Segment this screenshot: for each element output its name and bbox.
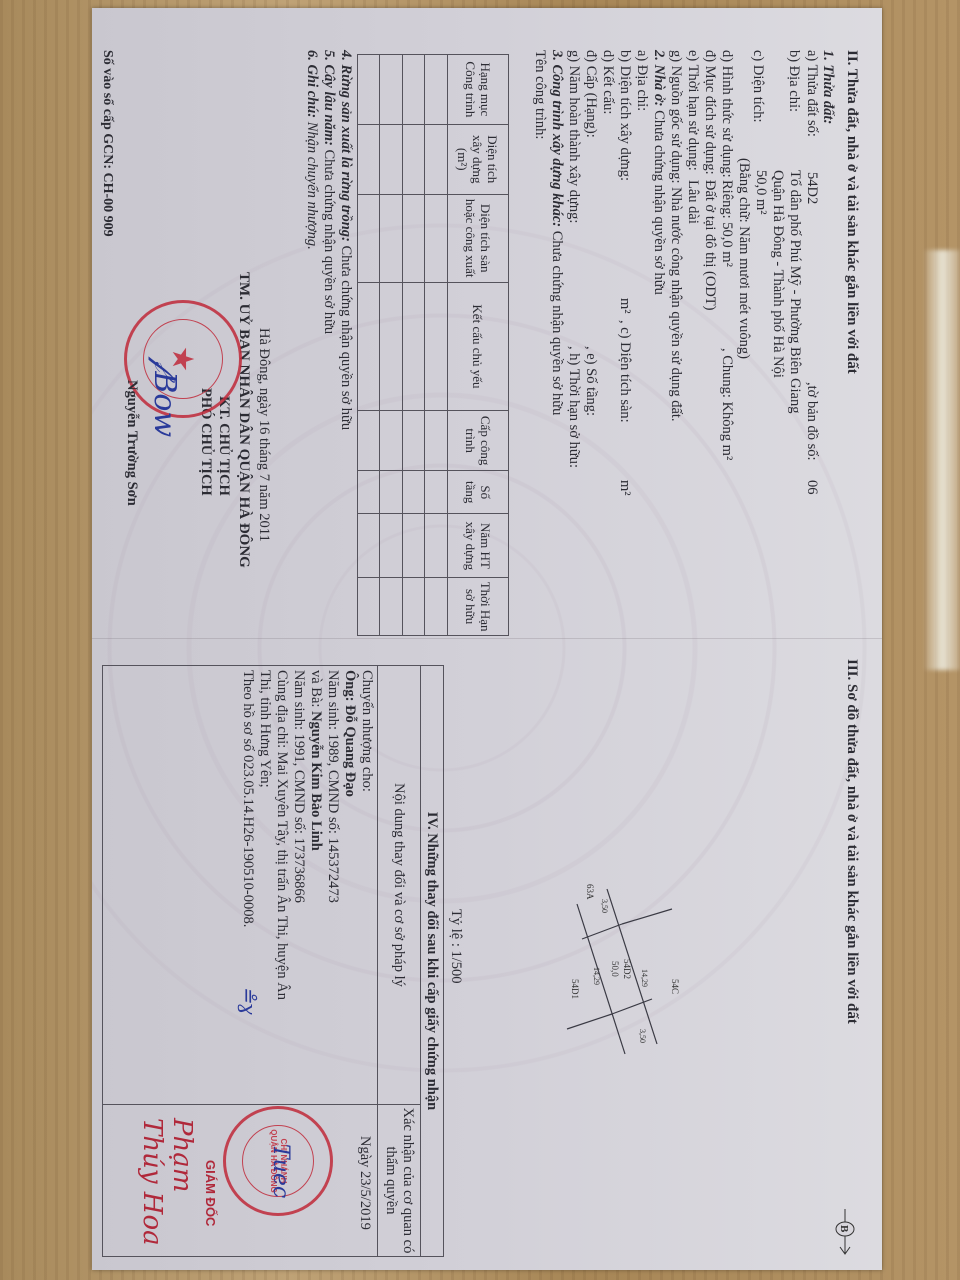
use-form-private: Riêng: 50,0 m² — [718, 180, 735, 267]
table-cell — [403, 55, 426, 125]
house-address-label: a) Địa chỉ: — [633, 50, 650, 111]
table-cell — [425, 578, 448, 636]
floor-area-unit: m² — [616, 480, 633, 496]
table-cell — [403, 411, 426, 471]
ownership-term-label: , h) Thời hạn sở hữu: — [565, 346, 582, 468]
built-area-unit: m² — [616, 298, 633, 314]
edge-length-left: 3,50 — [600, 899, 609, 913]
other-works-heading: 3. Công trình xây dựng khác: — [549, 50, 565, 227]
address-line-1: Cùng địa chỉ: Mai Xuyên Tây, thị trấn Ân… — [273, 670, 290, 1000]
area-value: 50,0 m² — [752, 170, 769, 215]
table-cell — [358, 514, 381, 578]
table-cell — [358, 55, 381, 125]
column-header: Diện tích sàn hoặc công xuất — [448, 194, 509, 282]
note-value: Nhận chuyển nhượng. — [304, 122, 320, 250]
other-works-table: Hạng mục Công trìnhDiện tích xây dựng (m… — [357, 54, 509, 636]
place-date: Hà Đông, ngày 16 tháng 7 năm 2011 — [255, 328, 272, 542]
person-1-info: Năm sinh: 1989, CMND số: 145372473 — [324, 670, 341, 903]
table-glare — [925, 250, 960, 670]
table-cell — [425, 470, 448, 514]
parcel-value: 54D2 — [803, 172, 820, 204]
note-heading: 6. Ghi chú: — [304, 50, 320, 118]
table-cell — [425, 514, 448, 578]
table-cell — [380, 470, 403, 514]
section-3-title: III. Sơ đồ thửa đất, nhà ở và tài sản kh… — [843, 659, 860, 1024]
person-1-name: Đỗ Quang Đạo — [342, 705, 358, 797]
table-cell — [380, 514, 403, 578]
table-cell — [380, 282, 403, 411]
table-cell — [358, 194, 381, 282]
table-cell — [425, 282, 448, 411]
grade-label: đ) Cấp (Hạng): — [583, 50, 599, 138]
edge-length-top: 14,29 — [640, 969, 649, 987]
parcel-row: a) Thửa đất số: 54D2 ,tờ bản đồ số: 06 — [803, 50, 820, 137]
note-row: 6. Ghi chú: Nhận chuyển nhượng. — [303, 50, 320, 250]
table-row — [425, 55, 448, 636]
dossier-number: Theo hồ sơ số 023.05.14.H26-190510-0008. — [239, 670, 256, 927]
table-cell — [403, 514, 426, 578]
table-cell — [403, 470, 426, 514]
house-status: Chưa chứng nhận quyền sở hữu — [651, 110, 667, 295]
table-cell — [425, 411, 448, 471]
table-cell — [425, 55, 448, 125]
parcel-label: a) Thửa đất số: — [804, 50, 820, 137]
table-cell — [380, 55, 403, 125]
origin-label: g) Nguồn gốc sử dụng: — [668, 50, 684, 184]
column-header: Kết cấu chủ yếu — [448, 282, 509, 411]
initial-signature: ≗ɣ — [237, 986, 261, 1015]
area-label: c) Diện tích: — [749, 50, 766, 122]
perennial-heading: 5. Cây lâu năm: — [321, 50, 337, 146]
perennial-row: 5. Cây lâu năm: Chưa chứng nhận quyền sở… — [320, 50, 337, 334]
column-header: Năm HT xây dựng — [448, 514, 509, 578]
north-arrow: B — [830, 1209, 860, 1259]
section-2: II. Thửa đất, nhà ở và tài sản khác gắn … — [92, 8, 882, 638]
table-cell — [358, 124, 381, 194]
table-cell — [358, 578, 381, 636]
transfer-intro: Chuyển nhượng cho: — [358, 670, 375, 792]
use-form-label: d) Hình thức sử dụng: — [718, 50, 735, 178]
column-header: Thời Hạn sở hữu — [448, 578, 509, 636]
signer-name: Nguyễn Trường Sơn — [123, 380, 140, 506]
section-4-changes-table: IV. Những thay đổi sau khi cấp giấy chứn… — [102, 665, 444, 1257]
person-1: Ông: Đỗ Quang Đạo — [341, 670, 358, 797]
sections-3-4: III. Sơ đồ thửa đất, nhà ở và tài sản kh… — [92, 639, 882, 1270]
plot-area-label: 50,0 — [610, 961, 620, 977]
registry-number-value: CH-00 909 — [100, 173, 115, 237]
floor-area-label: , c) Diện tích sàn: — [616, 320, 633, 423]
address-line-1: Tổ dân phố Phú Mỹ - Phường Biên Giang — [786, 170, 803, 414]
neighbor-54c: 54C — [670, 979, 680, 994]
table-cell — [425, 194, 448, 282]
north-arrow-icon: B — [830, 1209, 860, 1259]
table-cell — [403, 124, 426, 194]
other-works-status: Chưa chứng nhận quyền sở hữu — [549, 231, 565, 416]
area-words: (Bằng chữ: Năm mươi mét vuông) — [735, 158, 752, 359]
column-header: Diện tích xây dựng (m²) — [448, 124, 509, 194]
house-heading: 2. Nhà ở: — [651, 50, 667, 107]
house-built-area-row: b) Diện tích xây dựng: m² , c) Diện tích… — [616, 50, 633, 181]
forest-status: Chưa chứng nhận quyền sở hữu — [338, 245, 354, 430]
use-form-shared: , Chung: Không m² — [718, 348, 735, 460]
person-2-info: Năm sinh: 1991, CMND số: 173736866 — [290, 670, 307, 903]
plot-parcel-label: 54D2 — [622, 959, 632, 979]
purpose-value: Đất ở tại đô thị (ODT) — [701, 180, 718, 311]
table-cell — [380, 578, 403, 636]
table-cell — [358, 411, 381, 471]
term-label: e) Thời hạn sử dụng: — [684, 50, 701, 171]
origin-row: g) Nguồn gốc sử dụng: Nhà nước công nhận… — [667, 50, 684, 422]
column-confirm: Xác nhận của cơ quan có thẩm quyền — [377, 1105, 420, 1256]
table-cell — [403, 194, 426, 282]
address-label: b) Địa chỉ: — [785, 50, 802, 112]
other-works-row: 3. Công trình xây dựng khác: Chưa chứng … — [548, 50, 565, 415]
structure-label: d) Kết cấu: — [599, 50, 616, 114]
table-cell — [380, 411, 403, 471]
neighbor-54d1: 54D1 — [570, 979, 580, 999]
column-header: Hạng mục Công trình — [448, 55, 509, 125]
grade-row: đ) Cấp (Hạng): , e) Số tầng: — [582, 50, 599, 138]
scale-label: Tỷ lệ : 1/500 — [447, 909, 464, 984]
table-row — [403, 55, 426, 636]
section-2-title: II. Thửa đất, nhà ở và tài sản khác gắn … — [843, 50, 860, 374]
district-seal: ★ — [124, 300, 242, 418]
registry-number-label: Số vào sổ cấp GCN: — [100, 50, 115, 169]
map-sheet-label: ,tờ bản đồ số: — [803, 382, 820, 461]
issuing-org: TM. UỶ BAN NHÂN DÂN QUẬN HÀ ĐÔNG — [235, 272, 252, 568]
confirmer-role: GIÁM ĐỐC — [202, 1160, 219, 1226]
person-2: và Bà: Nguyễn Kim Bảo Linh — [307, 670, 324, 851]
built-area-label: b) Diện tích xây dựng: — [617, 50, 633, 181]
table-row — [358, 55, 381, 636]
table-cell — [403, 282, 426, 411]
signer-role-1: KT. CHỦ TỊCH — [215, 396, 232, 496]
registry-number: Số vào sổ cấp GCN: CH-00 909 — [99, 50, 116, 237]
floors-label: , e) Số tầng: — [582, 346, 599, 416]
table-cell — [358, 470, 381, 514]
edge-length-right: 3,50 — [638, 1029, 647, 1043]
forest-heading: 4. Rừng sản xuất là rừng trồng: — [338, 50, 354, 242]
purpose-label: đ) Mục đích sử dụng: — [701, 50, 718, 175]
table-cell — [403, 578, 426, 636]
person-2-name: Nguyễn Kim Bảo Linh — [308, 711, 324, 851]
chairman-signature: 𝒻Bow — [147, 358, 182, 437]
completed-label: g) Năm hoàn thành xây dựng: — [566, 50, 582, 223]
address-line-2: Quận Hà Đông - Thành phố Hà Nội — [769, 170, 786, 378]
svg-text:B: B — [838, 1225, 850, 1233]
column-divider — [103, 1104, 420, 1105]
person-1-prefix: Ông: — [342, 670, 358, 701]
house-row: 2. Nhà ở: Chưa chứng nhận quyền sở hữu — [650, 50, 667, 295]
table-cell — [358, 282, 381, 411]
edge-length-bottom: 14,29 — [592, 967, 601, 985]
confirmer-name: Phạm Thúy Hoa — [137, 1118, 197, 1256]
land-heading: 1. Thửa đất: — [819, 50, 836, 124]
table-cell — [425, 124, 448, 194]
origin-value: Nhà nước công nhận quyền sử dụng đất. — [668, 187, 684, 421]
section-4-title: IV. Những thay đổi sau khi cấp giấy chứn… — [420, 666, 443, 1256]
plot-sketch: 54D2 50,0 54C 54D1 63A 14,29 14,29 3,50 … — [562, 879, 712, 1059]
table-cell — [380, 194, 403, 282]
person-2-prefix: và Bà: — [308, 670, 324, 707]
address-line-2: Thi, tỉnh Hưng Yên; — [256, 670, 273, 788]
certificate-sheet: II. Thửa đất, nhà ở và tài sản khác gắn … — [92, 8, 882, 1270]
table-cell — [380, 124, 403, 194]
forest-row: 4. Rừng sản xuất là rừng trồng: Chưa chứ… — [337, 50, 354, 430]
neighbor-63a: 63A — [585, 884, 595, 900]
work-name-label: Tên công trình: — [531, 50, 548, 139]
completed-row: g) Năm hoàn thành xây dựng: , h) Thời hạ… — [565, 50, 582, 223]
director-signature: Tuec — [268, 1144, 293, 1198]
term-value: Lâu dài — [684, 180, 701, 224]
column-header: Cấp công trình — [448, 411, 509, 471]
perennial-status: Chưa chứng nhận quyền sở hữu — [321, 150, 337, 335]
column-content: Nội dung thay đổi và cơ sở pháp lý — [377, 666, 420, 1104]
confirmation-date: Ngày 23/5/2019 — [356, 1136, 373, 1230]
table-row — [380, 55, 403, 636]
column-header: Số tầng — [448, 470, 509, 514]
map-sheet-value: 06 — [803, 480, 820, 495]
